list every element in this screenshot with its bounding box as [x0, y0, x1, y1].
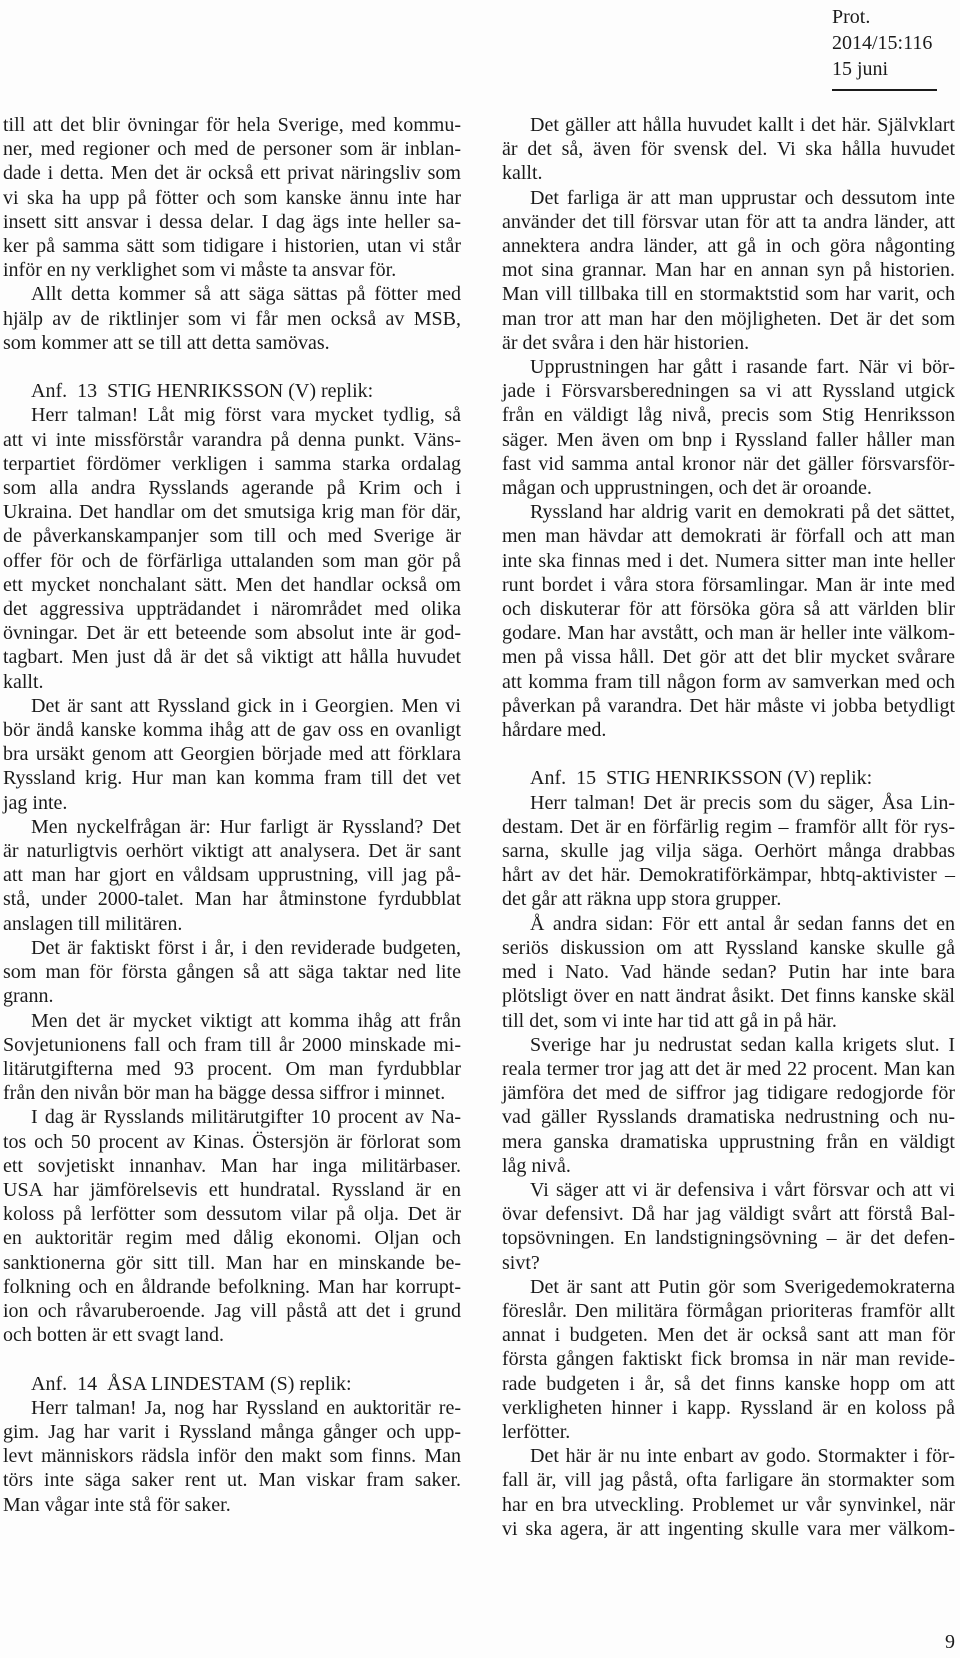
text-line: sanktionerna gör sitt till. Man har en m…: [3, 1251, 461, 1275]
text-line: Men nyckelfrågan är: Hur farligt är Ryss…: [3, 815, 461, 839]
text-line: Det gäller att hålla huvudet kallt i det…: [502, 113, 955, 137]
text-line: bör ändå kanske komma ihåg att de gav os…: [3, 718, 461, 742]
text-line: anslagen till militären.: [3, 912, 461, 936]
text-line: terpartiet fördömer verkligen i samma st…: [3, 452, 461, 476]
text-line: I dag är Rysslands militärutgifter 10 pr…: [3, 1105, 461, 1129]
text-line: Vi säger att vi är defensiva i vårt förs…: [502, 1178, 955, 1202]
text-line: Det är sant att Ryssland gick in i Georg…: [3, 694, 461, 718]
text-line: har en bra utveckling. Problemet ur vår …: [502, 1493, 955, 1517]
paragraph: Det är faktiskt först i år, i den revide…: [3, 936, 461, 1009]
text-line: att vi inte missförstår varandra på denn…: [3, 428, 461, 452]
text-line: Sovjetunionens fall och fram till år 200…: [3, 1033, 461, 1057]
paragraph-gap: [3, 1347, 461, 1371]
protocol-number: 2014/15:116: [832, 30, 958, 56]
text-line: Det farliga är att man upprustar och des…: [502, 186, 955, 210]
paragraph: Ryssland har aldrig varit en demokrati p…: [502, 500, 955, 742]
text-line: Ryssland har aldrig varit en demokrati p…: [502, 500, 955, 524]
text-line: jade i Försvarsberedningen sa vi att Rys…: [502, 379, 955, 403]
header-divider: [832, 89, 937, 91]
text-line: säger. Men även om bnp i Ryssland faller…: [502, 428, 955, 452]
protocol-date: 15 juni: [832, 56, 958, 82]
paragraph: Men det är mycket viktigt att komma ihåg…: [3, 1009, 461, 1106]
text-line: Det är sant att Putin gör som Sverigedem…: [502, 1275, 955, 1299]
text-line: kallt.: [3, 670, 461, 694]
text-line: Anf. 15 STIG HENRIKSSON (V) replik:: [502, 766, 955, 790]
speech-heading: Anf. 13 STIG HENRIKSSON (V) replik:: [3, 379, 461, 403]
text-line: det går att räkna upp stora grupper.: [502, 887, 955, 911]
text-line: Man vill tillbaka till en stormaktstid s…: [502, 282, 955, 306]
text-line: stå, under 2000-talet. Man har åtminston…: [3, 887, 461, 911]
text-line: de påverkanskampanjer som till och med S…: [3, 524, 461, 548]
text-line: Man vågar inte stå för saker.: [3, 1493, 461, 1517]
text-line: är det svåra i den här historien.: [502, 331, 955, 355]
text-line: mågan och upprustningen, och det är oroa…: [502, 476, 955, 500]
paragraph: Herr talman! Ja, nog har Ryssland en auk…: [3, 1396, 461, 1517]
text-line: Herr talman! Ja, nog har Ryssland en auk…: [3, 1396, 461, 1420]
document-page: Prot. 2014/15:116 15 juni till att det b…: [0, 0, 960, 1658]
text-line: Upprustningen har gått i rasande fart. N…: [502, 355, 955, 379]
text-line: från den nivån bör man ha bägge dessa si…: [3, 1081, 461, 1105]
text-line: Ryssland krig. Hur man kan komma fram ti…: [3, 766, 461, 790]
text-line: sarna, skulle jag vilja säga. Oerhört må…: [502, 839, 955, 863]
text-line: och diskuterar för att försöka göra så a…: [502, 597, 955, 621]
text-line: Anf. 14 ÅSA LINDESTAM (S) replik:: [3, 1372, 461, 1396]
text-line: övningar. Det är ett beteende som absolu…: [3, 621, 461, 645]
text-line: USA har jämförelsevis ett hundratal. Rys…: [3, 1178, 461, 1202]
text-line: är det så, även för svensk del. Vi ska h…: [502, 137, 955, 161]
text-line: är naturligtvis oerhört viktigt att anal…: [3, 839, 461, 863]
right-text-column: Det gäller att hålla huvudet kallt i det…: [502, 113, 955, 1541]
text-line: godare. Man har avstått, och man är hell…: [502, 621, 955, 645]
text-line: men på vissa håll. Det gör att det blir …: [502, 645, 955, 669]
text-line: mot sina grannar. Man har en annan syn p…: [502, 258, 955, 282]
text-line: grann.: [3, 984, 461, 1008]
text-line: påverkan på varandra. Det här måste vi j…: [502, 694, 955, 718]
text-line: att man har gjort en våldsam upprustning…: [3, 863, 461, 887]
text-line: törs inte säga saker rent ut. Man viskar…: [3, 1468, 461, 1492]
text-line: seriös diskussion om att Ryssland kanske…: [502, 936, 955, 960]
text-line: litärutgifterna med 93 procent. Om man f…: [3, 1057, 461, 1081]
text-line: använder det till försvar utan för att t…: [502, 210, 955, 234]
text-line: inte ska finnas med i det. Numera sitter…: [502, 549, 955, 573]
paragraph: Det är sant att Putin gör som Sverigedem…: [502, 1275, 955, 1444]
text-line: till att det blir övningar för hela Sver…: [3, 113, 461, 137]
text-line: Sverige har ju nedrustat sedan kalla kri…: [502, 1033, 955, 1057]
text-line: annektera andra länder, att gå in och gö…: [502, 234, 955, 258]
text-line: Det här är nu inte enbart av godo. Storm…: [502, 1444, 955, 1468]
text-line: vad gäller Rysslands dramatiska nedrustn…: [502, 1105, 955, 1129]
text-line: offer för och de förfärliga uttalanden s…: [3, 549, 461, 573]
text-line: reala termer tror jag att det är med 22 …: [502, 1057, 955, 1081]
text-line: det aggressiva uppträdandet i närområdet…: [3, 597, 461, 621]
text-line: att komma fram till någon form av samver…: [502, 670, 955, 694]
text-line: topsövningen. En landstigningsövning – ä…: [502, 1226, 955, 1250]
paragraph: Allt detta kommer så att säga sättas på …: [3, 282, 461, 355]
text-line: med i Nato. Vad hände sedan? Putin har i…: [502, 960, 955, 984]
text-line: Det är faktiskt först i år, i den revide…: [3, 936, 461, 960]
text-line: plötsligt över en natt ändrat åsikt. Det…: [502, 984, 955, 1008]
text-line: tos och 50 procent av Kinas. Östersjön ä…: [3, 1130, 461, 1154]
text-line: Anf. 13 STIG HENRIKSSON (V) replik:: [3, 379, 461, 403]
paragraph-gap: [502, 742, 955, 766]
text-line: Å andra sidan: För ett antal år sedan fa…: [502, 912, 955, 936]
text-line: som man för första gången så att säga ta…: [3, 960, 461, 984]
text-line: första gången faktiskt fick bromsa in nä…: [502, 1347, 955, 1371]
paragraph: Det farliga är att man upprustar och des…: [502, 186, 955, 355]
paragraph: Herr talman! Det är precis som du säger,…: [502, 791, 955, 912]
text-line: runt bordet i våra stora församlingar. M…: [502, 573, 955, 597]
text-line: som kommer att se till att detta samövas…: [3, 331, 461, 355]
text-line: ett sovjetiskt innanhav. Man har inga mi…: [3, 1154, 461, 1178]
paragraph: Det här är nu inte enbart av godo. Storm…: [502, 1444, 955, 1541]
text-line: och botten är ett svagt land.: [3, 1323, 461, 1347]
text-line: Herr talman! Det är precis som du säger,…: [502, 791, 955, 815]
text-line: Men det är mycket viktigt att komma ihåg…: [3, 1009, 461, 1033]
text-line: insett sitt ansvar i dessa delar. I dag …: [3, 210, 461, 234]
text-line: vi ska ha upp på fötter och som kanske ä…: [3, 186, 461, 210]
text-line: man tror att man har den möjligheten. De…: [502, 307, 955, 331]
text-line: fall är, vill jag påstå, ofta farligare …: [502, 1468, 955, 1492]
text-line: en auktoritär regim med dålig ekonomi. O…: [3, 1226, 461, 1250]
text-line: levt människors rädsla inför den makt so…: [3, 1444, 461, 1468]
paragraph: Vi säger att vi är defensiva i vårt förs…: [502, 1178, 955, 1275]
text-line: jag inte.: [3, 791, 461, 815]
text-line: verkligheten hinner i kapp. Ryssland är …: [502, 1396, 955, 1420]
text-line: men man hävdar att demokrati är förfall …: [502, 524, 955, 548]
text-line: hjälp av de riktlinjer som vi får men oc…: [3, 307, 461, 331]
paragraph: Det är sant att Ryssland gick in i Georg…: [3, 694, 461, 815]
text-line: Herr talman! Låt mig först vara mycket t…: [3, 403, 461, 427]
text-line: gim. Jag har varit i Ryssland många gång…: [3, 1420, 461, 1444]
text-line: ner, med regioner och med de personer so…: [3, 137, 461, 161]
speech-heading: Anf. 15 STIG HENRIKSSON (V) replik:: [502, 766, 955, 790]
text-line: hårt av det här. Demokratiförkämpar, hbt…: [502, 863, 955, 887]
speech-heading: Anf. 14 ÅSA LINDESTAM (S) replik:: [3, 1372, 461, 1396]
text-line: vi ska agera, är att ingenting skulle va…: [502, 1517, 955, 1541]
paragraph-gap: [3, 355, 461, 379]
text-line: folkning och en åldrande befolkning. Man…: [3, 1275, 461, 1299]
paragraph: Det gäller att hålla huvudet kallt i det…: [502, 113, 955, 186]
text-line: destam. Det är en förfärlig regim – fram…: [502, 815, 955, 839]
paragraph: Men nyckelfrågan är: Hur farligt är Ryss…: [3, 815, 461, 936]
paragraph: Herr talman! Låt mig först vara mycket t…: [3, 403, 461, 693]
text-line: ion och råvaruberoende. Jag vill påstå a…: [3, 1299, 461, 1323]
text-line: från en väldigt låg nivå, precis som Sti…: [502, 403, 955, 427]
text-line: kallt.: [502, 161, 955, 185]
text-line: sivt?: [502, 1251, 955, 1275]
paragraph: Upprustningen har gått i rasande fart. N…: [502, 355, 955, 500]
paragraph: I dag är Rysslands militärutgifter 10 pr…: [3, 1105, 461, 1347]
text-line: hårdare med.: [502, 718, 955, 742]
text-line: föreslår. Den militära förmågan priorite…: [502, 1299, 955, 1323]
text-line: som alla andra Rysslands agerande på Kri…: [3, 476, 461, 500]
text-line: jämföra det med de siffror jag tidigare …: [502, 1081, 955, 1105]
text-line: övar defensivt. Då har jag väldigt svårt…: [502, 1202, 955, 1226]
text-line: koloss på lerfötter som dessutom vilar p…: [3, 1202, 461, 1226]
text-line: till det, som vi inte har tid att gå in …: [502, 1009, 955, 1033]
text-line: ett mycket nonchalant sätt. Men det hand…: [3, 573, 461, 597]
text-line: inför en ny verklighet som vi måste ta a…: [3, 258, 461, 282]
text-line: dade i detta. Men det är också ett priva…: [3, 161, 461, 185]
text-line: bra ursäkt genom att Georgien började me…: [3, 742, 461, 766]
text-line: låg nivå.: [502, 1154, 955, 1178]
text-line: ker på samma sätt som tidigare i histori…: [3, 234, 461, 258]
paragraph: Sverige har ju nedrustat sedan kalla kri…: [502, 1033, 955, 1178]
text-line: rade budgeten i år, så det finns kanske …: [502, 1372, 955, 1396]
text-line: lerfötter.: [502, 1420, 955, 1444]
text-line: Allt detta kommer så att säga sättas på …: [3, 282, 461, 306]
page-number: 9: [802, 1630, 955, 1654]
paragraph: till att det blir övningar för hela Sver…: [3, 113, 461, 282]
text-line: Ukraina. Det handlar om det smutsiga kri…: [3, 500, 461, 524]
text-line: mera ganska dramatiska upprustning från …: [502, 1130, 955, 1154]
protocol-header: Prot. 2014/15:116 15 juni: [832, 4, 958, 91]
left-text-column: till att det blir övningar för hela Sver…: [3, 113, 461, 1517]
text-line: tagbart. Men just då är det så viktigt a…: [3, 645, 461, 669]
text-line: fast vid samma antal kronor när det gäll…: [502, 452, 955, 476]
protocol-publication: Prot.: [832, 4, 958, 30]
paragraph: Å andra sidan: För ett antal år sedan fa…: [502, 912, 955, 1033]
text-line: annat i budgeten. Men det är också sant …: [502, 1323, 955, 1347]
